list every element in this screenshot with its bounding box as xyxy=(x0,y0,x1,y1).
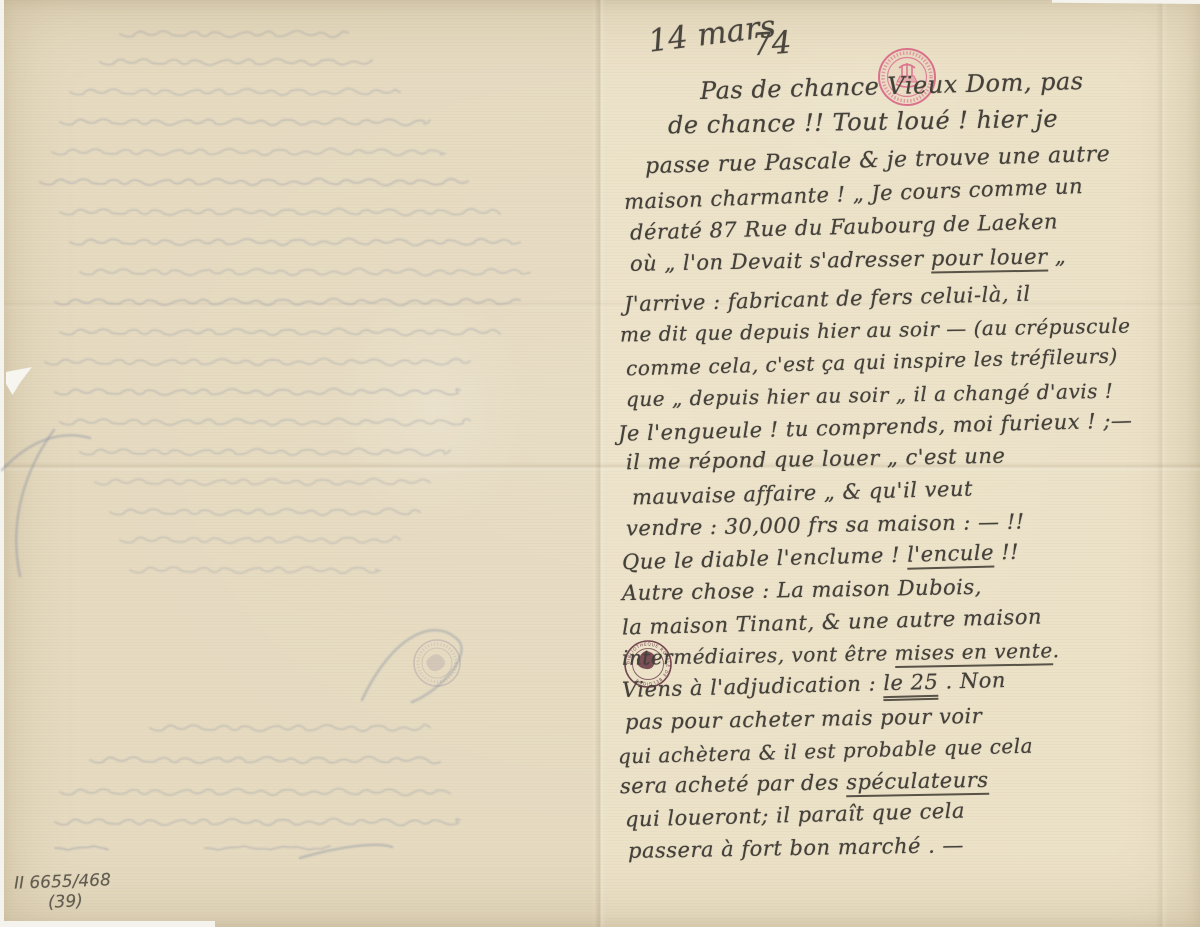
letter-text: „ xyxy=(1047,244,1066,268)
letter-text: . xyxy=(1052,638,1059,662)
showthrough-line xyxy=(80,449,450,456)
showthrough-line xyxy=(40,179,468,186)
letter-text: intermédiaires, vont être xyxy=(622,641,895,670)
showthrough-line xyxy=(70,89,400,96)
showthrough-line xyxy=(110,509,420,516)
showthrough-line xyxy=(120,537,400,544)
underlined-phrase: mises en vente xyxy=(894,638,1052,668)
showthrough-line xyxy=(60,329,500,336)
showthrough-line xyxy=(55,819,460,826)
showthrough-line xyxy=(55,846,108,850)
letter-line: sera acheté par des spéculateurs xyxy=(620,768,989,798)
showthrough-flourish xyxy=(2,435,90,470)
showthrough-line xyxy=(120,31,348,37)
showthrough-line xyxy=(90,757,440,764)
underlined-phrase: l'encule xyxy=(907,540,995,569)
showthrough-line xyxy=(55,299,520,306)
showthrough-line xyxy=(60,119,430,126)
underlined-phrase: spéculateurs xyxy=(846,768,989,797)
showthrough-line xyxy=(60,789,450,796)
catalog-number: II 6655/468 xyxy=(14,870,112,893)
showthrough-line xyxy=(45,359,470,366)
showthrough-line xyxy=(205,846,330,850)
showthrough-line xyxy=(150,725,430,732)
showthrough-line xyxy=(80,269,530,276)
letter-text: !! xyxy=(994,540,1020,565)
showthrough-line xyxy=(60,209,500,216)
scanned-letter-page: BIBLIOTHÈQUE ROYALE DE BELGIQUE 14 mars … xyxy=(0,0,1200,927)
underlined-phrase: pour louer xyxy=(931,245,1048,274)
showthrough-line xyxy=(95,479,430,486)
showthrough-line xyxy=(130,567,380,573)
showthrough-flourish xyxy=(300,845,392,858)
showthrough-line xyxy=(60,419,470,426)
showthrough-line xyxy=(52,149,445,156)
showthrough-flourish xyxy=(362,630,462,702)
letter-text: sera acheté par des xyxy=(620,770,847,798)
letter-text: . Non xyxy=(938,668,1006,694)
catalog-subnumber: (39) xyxy=(48,891,84,913)
showthrough-handwriting xyxy=(0,0,600,927)
showthrough-line xyxy=(70,239,520,246)
date-year: 74 xyxy=(751,25,793,64)
showthrough-line xyxy=(55,389,460,396)
showthrough-line xyxy=(100,59,372,65)
underlined-phrase: le 25 xyxy=(883,670,939,701)
